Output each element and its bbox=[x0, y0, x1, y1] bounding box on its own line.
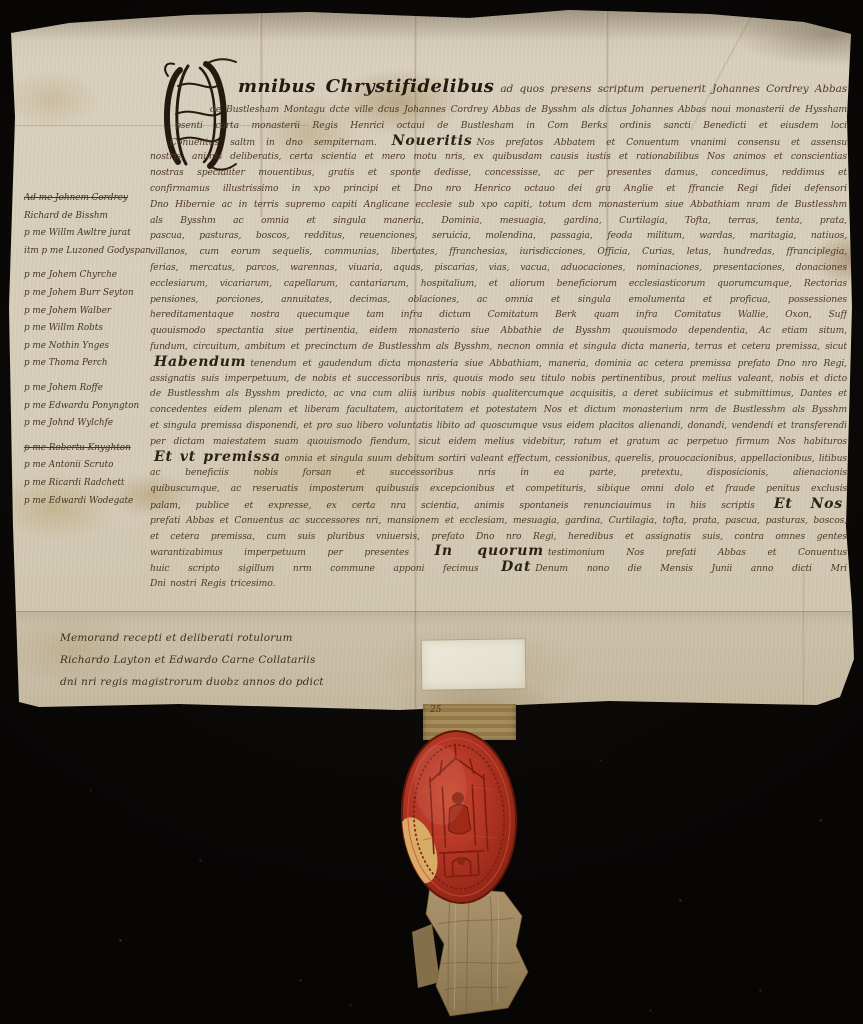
line-text: Dni nostri Regis tricesimo. bbox=[150, 578, 275, 589]
manuscript-line: pascua, pasturas, boscos, redditus, reue… bbox=[150, 228, 847, 244]
manuscript-line: et cetera premissa, cum suis pluribus vn… bbox=[150, 529, 847, 545]
manuscript-line: Dni nostri Regis tricesimo. bbox=[150, 576, 847, 592]
manuscript-line: quibuscumque, ac reseruatis imposterum q… bbox=[150, 481, 847, 497]
margin-signature: p me Willm Awltre jurat bbox=[24, 225, 154, 243]
manuscript-line: nostris, animis deliberatis, certa scien… bbox=[150, 149, 847, 165]
line-text: quouismodo spectantia siue pertinentia, … bbox=[150, 325, 847, 336]
display-word: mnibus Chrystifidelibus bbox=[238, 76, 500, 97]
manuscript-line: concedentes eidem plenam et liberam facu… bbox=[150, 402, 847, 418]
line-text: palam, publice et expresse, ex certa nra… bbox=[150, 500, 770, 511]
manuscript-line: ferias, mercatus, parcos, warennas, viua… bbox=[150, 260, 847, 276]
manuscript-line: nostras specialiter mouentibus, gratis e… bbox=[150, 165, 847, 181]
manuscript-line: hereditamentaque nostra quecumque tam in… bbox=[150, 307, 847, 323]
display-word: Et Nos bbox=[770, 497, 847, 512]
line-text: assignatis suis imperpetuum, de nobis et… bbox=[150, 373, 847, 387]
manuscript-line: Conuentus saltm in dno sempiternam. Noue… bbox=[150, 134, 847, 150]
line-text: villanos, cum eorum sequelis, communias,… bbox=[150, 246, 847, 257]
manuscript-line: assignatis suis imperpetuum, de nobis et… bbox=[150, 371, 847, 387]
line-text: ferias, mercatus, parcos, warennas, viua… bbox=[150, 262, 847, 273]
line-text: per dictam maiestatem suam quouismodo fi… bbox=[150, 436, 847, 447]
margin-signature: p me Antonii Scruto bbox=[24, 457, 154, 475]
line-text: warantizabimus imperpetuum per presentes bbox=[150, 547, 431, 558]
margin-signature: p me Thoma Perch bbox=[24, 355, 154, 373]
line-text: pensiones, porciones, annuitates, decima… bbox=[150, 294, 847, 305]
line-text: ac beneficiis nobis forsan et successori… bbox=[150, 467, 847, 478]
display-word: Noueritis bbox=[388, 134, 477, 149]
margin-signature: Richard de Bisshm bbox=[24, 208, 154, 226]
line-text: et singula premissa disponendi, et pro s… bbox=[150, 420, 847, 431]
manuscript-line: confirmamus illustrissimo in xpo princip… bbox=[150, 181, 847, 197]
manuscript-line: palam, publice et expresse, ex certa nra… bbox=[150, 497, 847, 513]
display-word: Et vt premissa bbox=[150, 450, 285, 465]
manuscript-line: Et vt premissaomnia et singula suum debi… bbox=[150, 450, 847, 466]
line-text: tenendum et gaudendum dicta monasteria s… bbox=[150, 358, 847, 371]
margin-signature-list: Ad me Johnem CordreyRichard de Bisshmp m… bbox=[24, 190, 154, 510]
line-text: concedentes eidem plenam et liberam facu… bbox=[150, 404, 847, 415]
manuscript-line: quouismodo spectantia siue pertinentia, … bbox=[150, 323, 847, 339]
display-word: Habendum bbox=[150, 355, 250, 370]
manuscript-body-text: mnibus Chrystifidelibusad quos presens s… bbox=[150, 72, 847, 592]
wax-seal bbox=[393, 725, 526, 911]
manuscript-line: per dictam maiestatem suam quouismodo fi… bbox=[150, 434, 847, 450]
line-text: Conuentus saltm in dno sempiternam. bbox=[170, 137, 388, 148]
manuscript-line: fundum, circuitum, ambitum et precinctum… bbox=[150, 339, 847, 355]
line-text: confirmamus illustrissimo in xpo princip… bbox=[150, 183, 847, 194]
line-text: Nos prefatos Abbatem et Conuentum vnanim… bbox=[477, 137, 847, 148]
line-text: nostris, animis deliberatis, certa scien… bbox=[150, 151, 847, 162]
line-text: Denum nono die Mensis Junii anno dicti M… bbox=[535, 563, 847, 574]
line-text: nostras specialiter mouentibus, gratis e… bbox=[150, 167, 847, 178]
manuscript-line: psenti carta monasterii Regis Henrici oc… bbox=[150, 118, 847, 134]
line-text: testimonium Nos prefati Abbas et Conuent… bbox=[548, 547, 847, 558]
margin-signature: p me Edwardi Wodegate bbox=[24, 493, 154, 511]
line-text: pascua, pasturas, boscos, redditus, reue… bbox=[150, 230, 847, 241]
margin-signature: p me Ricardi Radchett bbox=[24, 475, 154, 493]
margin-signature: p me Johem Chyrche bbox=[24, 267, 154, 285]
line-text: fundum, circuitum, ambitum et precinctum… bbox=[150, 341, 847, 352]
photograph-of-sealed-charter: mnibus Chrystifidelibusad quos presens s… bbox=[0, 0, 863, 1024]
manuscript-line: et singula premissa disponendi, et pro s… bbox=[150, 418, 847, 434]
manuscript-line: als Bysshm ac omnia et singula maneria, … bbox=[150, 213, 847, 229]
margin-signature: itm p me Luzoned Godyspan bbox=[24, 243, 154, 261]
manuscript-line: warantizabimus imperpetuum per presentes… bbox=[150, 544, 847, 560]
manuscript-line: de Bustlesshm als Bysshm predicto, ac vn… bbox=[150, 386, 847, 402]
margin-signature: p me Nothin Ynges bbox=[24, 338, 154, 356]
closing-memorandum: Memorand recepti et deliberati rotulorum… bbox=[60, 627, 390, 693]
line-text: huic scripto sigillum nrm commune apponi… bbox=[150, 563, 497, 574]
manuscript-line: de Bustlesham Montagu dcte ville dcus Jo… bbox=[150, 102, 847, 118]
manuscript-line: pensiones, porciones, annuitates, decima… bbox=[150, 292, 847, 308]
margin-signature: p me Johem Burr Seyton bbox=[24, 285, 154, 303]
manuscript-line: Dno Hibernie ac in terris supremo capiti… bbox=[150, 197, 847, 213]
line-text: psenti carta monasterii Regis Henrici oc… bbox=[175, 120, 847, 131]
manuscript-line: Habendumtenendum et gaudendum dicta mona… bbox=[150, 355, 847, 371]
display-word: In quorum bbox=[431, 544, 548, 559]
dust-specks bbox=[0, 0, 1, 1]
line-text: ecclesiarum, vicariarum, capellarum, can… bbox=[150, 278, 847, 289]
line-text: als Bysshm ac omnia et singula maneria, … bbox=[150, 215, 847, 226]
margin-signature: p me Johem Roffe bbox=[24, 380, 154, 398]
manuscript-line: huic scripto sigillum nrm commune apponi… bbox=[150, 560, 847, 576]
line-text: de Bustlesshm als Bysshm predicto, ac vn… bbox=[150, 388, 847, 399]
margin-signature: p me Johem Walber bbox=[24, 303, 154, 321]
margin-signature: p me Willm Robts bbox=[24, 320, 154, 338]
paper-label bbox=[422, 639, 526, 689]
line-text: prefati Abbas et Conuentus ac successore… bbox=[150, 515, 847, 529]
line-text: et cetera premissa, cum suis pluribus vn… bbox=[150, 531, 847, 542]
margin-signature: Ad me Johnem Cordrey bbox=[24, 190, 154, 208]
manuscript-line: ac beneficiis nobis forsan et successori… bbox=[150, 465, 847, 481]
manuscript-line: prefati Abbas et Conuentus ac successore… bbox=[150, 513, 847, 529]
manuscript-line: villanos, cum eorum sequelis, communias,… bbox=[150, 244, 847, 260]
margin-signature: p me Robertu Knyghton bbox=[24, 440, 154, 458]
line-text: Dno Hibernie ac in terris supremo capiti… bbox=[150, 199, 847, 210]
memo-line: dni nri regis magistrorum duobz annos do… bbox=[60, 671, 390, 693]
manuscript-line: ecclesiarum, vicariarum, capellarum, can… bbox=[150, 276, 847, 292]
tag-number: 25 bbox=[430, 705, 441, 715]
display-word: Dat bbox=[497, 560, 535, 575]
margin-signature: p me Johnd Wylchfe bbox=[24, 415, 154, 433]
margin-signature: p me Edwardu Ponyngton bbox=[24, 398, 154, 416]
memo-line: Memorand recepti et deliberati rotulorum bbox=[60, 627, 390, 649]
top-fold-shadow bbox=[9, 7, 855, 41]
line-text: hereditamentaque nostra quecumque tam in… bbox=[150, 309, 847, 320]
line-text: quibuscumque, ac reseruatis imposterum q… bbox=[150, 483, 847, 494]
manuscript-line: mnibus Chrystifidelibusad quos presens s… bbox=[150, 72, 847, 102]
memo-line: Richardo Layton et Edwardo Carne Collata… bbox=[60, 649, 390, 671]
line-text: de Bustlesham Montagu dcte ville dcus Jo… bbox=[210, 104, 847, 118]
